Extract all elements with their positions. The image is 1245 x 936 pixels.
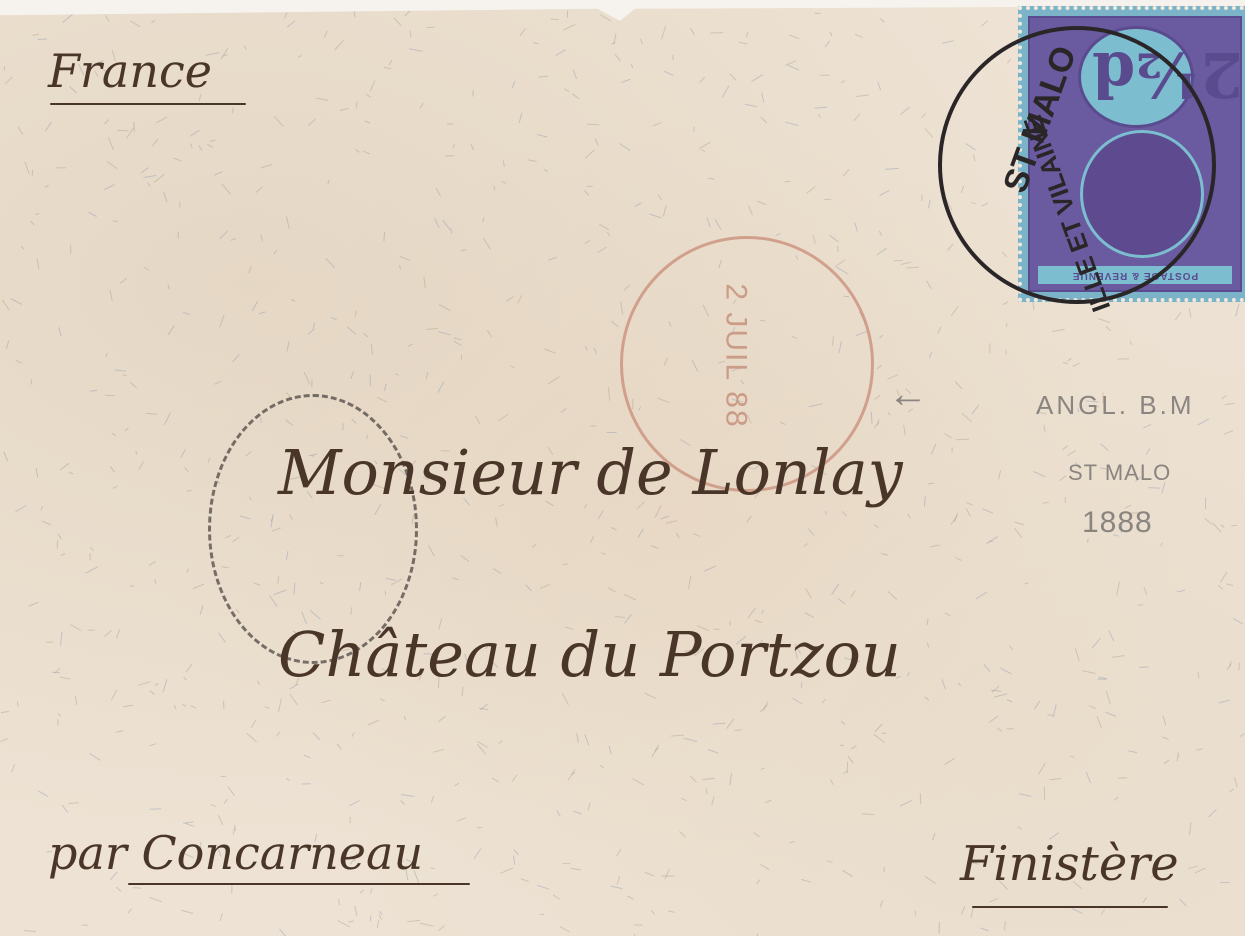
pencil-note-line3: 1888 (1082, 506, 1153, 540)
department: Finistère (960, 836, 1179, 892)
destination-country: France (48, 44, 212, 98)
recipient-name: Monsieur de Lonlay (278, 436, 903, 509)
pencil-note-line2: ST MALO (1068, 460, 1171, 486)
origin-cancellation-postmark: ST MALO ILLE ET VILAINE (938, 26, 1216, 304)
routing-instruction: par Concarneau (48, 826, 423, 880)
pencil-arrow-icon: ← (888, 372, 928, 417)
pencil-note-line1: ANGL. B.M (1036, 390, 1194, 421)
routing-underline (128, 883, 470, 885)
cancel-region: ILLE ET VILAINE (1017, 111, 1117, 316)
department-underline (972, 906, 1168, 908)
red-postmark-date: 2 JUIL 88 (719, 283, 753, 428)
recipient-address: Château du Portzou (278, 618, 901, 691)
country-underline (50, 103, 246, 105)
